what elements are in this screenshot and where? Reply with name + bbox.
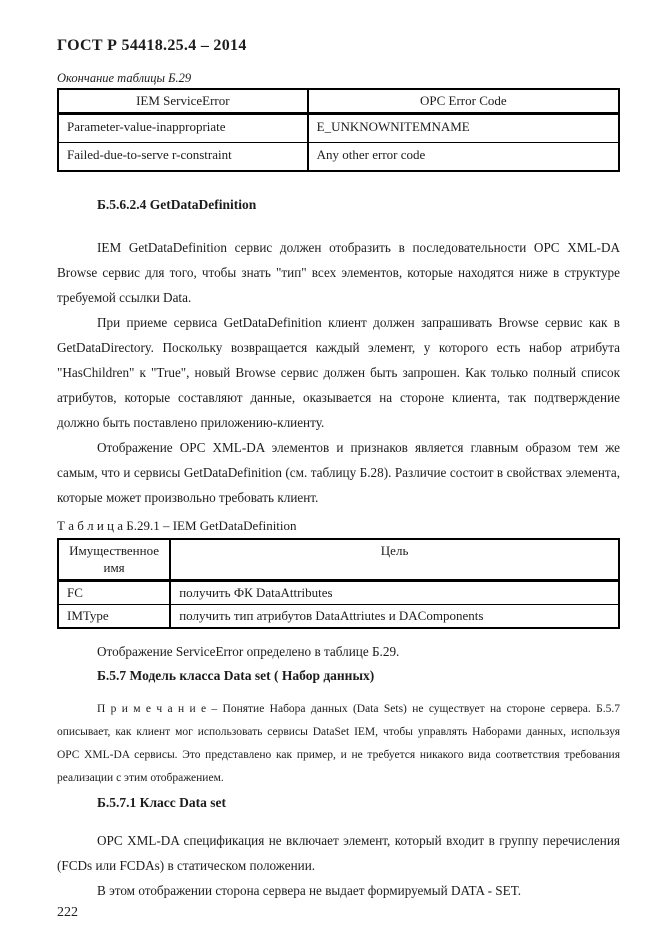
table-row: Parameter-value-inappropriate E_UNKNOWNI…	[58, 114, 619, 143]
section-heading-b57: Б.5.7 Модель класса Data set ( Набор дан…	[57, 667, 620, 684]
table-cell: получить тип атрибутов DataAttriutes и D…	[170, 605, 619, 629]
table-cell: Parameter-value-inappropriate	[58, 114, 308, 143]
table-header-cell: Имущественное имя	[58, 539, 170, 581]
paragraph: OPC XML-DA спецификация не включает элем…	[57, 828, 620, 878]
section-heading-b571: Б.5.7.1 Класс Data set	[57, 794, 620, 811]
table-cell: Failed-due-to-serve r-constraint	[58, 143, 308, 172]
paragraph: IEM GetDataDefinition сервис должен отоб…	[57, 235, 620, 310]
page-content: ГОСТ Р 54418.25.4 – 2014 Окончание табли…	[0, 0, 661, 922]
table-cell: E_UNKNOWNITEMNAME	[308, 114, 619, 143]
table-header-cell: Цель	[170, 539, 619, 581]
table-cell: FC	[58, 581, 170, 605]
paragraph: Отображение OPC XML-DA элементов и призн…	[57, 435, 620, 510]
table-row: IMType получить тип атрибутов DataAttriu…	[58, 605, 619, 629]
paragraph: При приеме сервиса GetDataDefinition кли…	[57, 310, 620, 435]
note-paragraph: П р и м е ч а н и е – Понятие Набора дан…	[57, 698, 620, 790]
table-header-cell: IEM ServiceError	[58, 89, 308, 114]
document-page: ГОСТ Р 54418.25.4 – 2014 Окончание табли…	[0, 0, 661, 935]
table-row: FC получить ФК DataAttributes	[58, 581, 619, 605]
paragraph: Отображение ServiceError определено в та…	[57, 639, 620, 664]
page-number: 222	[57, 904, 620, 922]
table-cell: получить ФК DataAttributes	[170, 581, 619, 605]
section-heading-b5624: Б.5.6.2.4 GetDataDefinition	[57, 196, 620, 213]
table-row: Failed-due-to-serve r-constraint Any oth…	[58, 143, 619, 172]
table-b29: IEM ServiceError OPC Error Code Paramete…	[57, 88, 620, 172]
table-cell: IMType	[58, 605, 170, 629]
table-header-cell: OPC Error Code	[308, 89, 619, 114]
table-header-row: IEM ServiceError OPC Error Code	[58, 89, 619, 114]
table-cell: Any other error code	[308, 143, 619, 172]
table-header-row: Имущественное имя Цель	[58, 539, 619, 581]
table-b291-caption: Т а б л и ц а Б.29.1 – IEM GetDataDefini…	[57, 517, 620, 535]
table-b29-continuation-caption: Окончание таблицы Б.29	[57, 70, 620, 86]
paragraph: В этом отображении сторона сервера не вы…	[57, 878, 620, 903]
table-b291: Имущественное имя Цель FC получить ФК Da…	[57, 538, 620, 629]
document-header: ГОСТ Р 54418.25.4 – 2014	[57, 36, 620, 56]
